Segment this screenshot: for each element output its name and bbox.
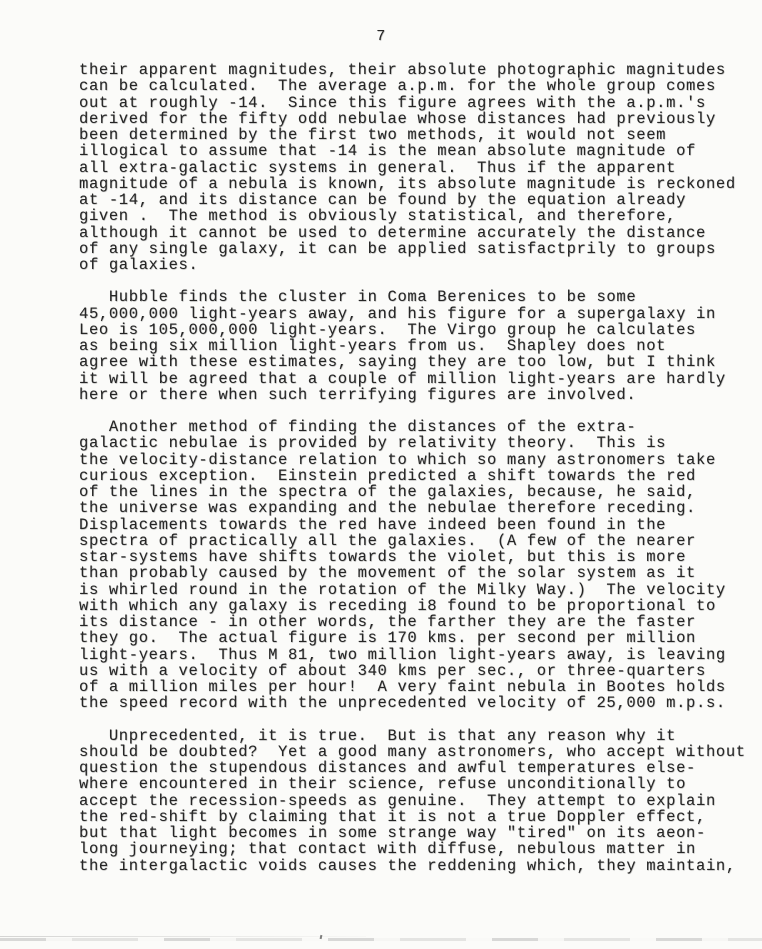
paragraph-unprecedented: Unprecedented, it is true. But is that a… bbox=[79, 728, 751, 874]
paragraph-relativity-method: Another method of finding the distances … bbox=[79, 419, 751, 712]
body-text: their apparent magnitudes, their absolut… bbox=[79, 62, 751, 890]
paragraph-apparent-magnitudes: their apparent magnitudes, their absolut… bbox=[79, 62, 751, 273]
scan-edge-artifact-secondary bbox=[0, 936, 366, 937]
paragraph-hubble-distances: Hubble finds the cluster in Coma Berenic… bbox=[79, 289, 751, 403]
page-number: 7 bbox=[0, 28, 762, 45]
scan-edge-artifact bbox=[0, 938, 762, 941]
document-page: 7 their apparent magnitudes, their absol… bbox=[0, 0, 762, 949]
